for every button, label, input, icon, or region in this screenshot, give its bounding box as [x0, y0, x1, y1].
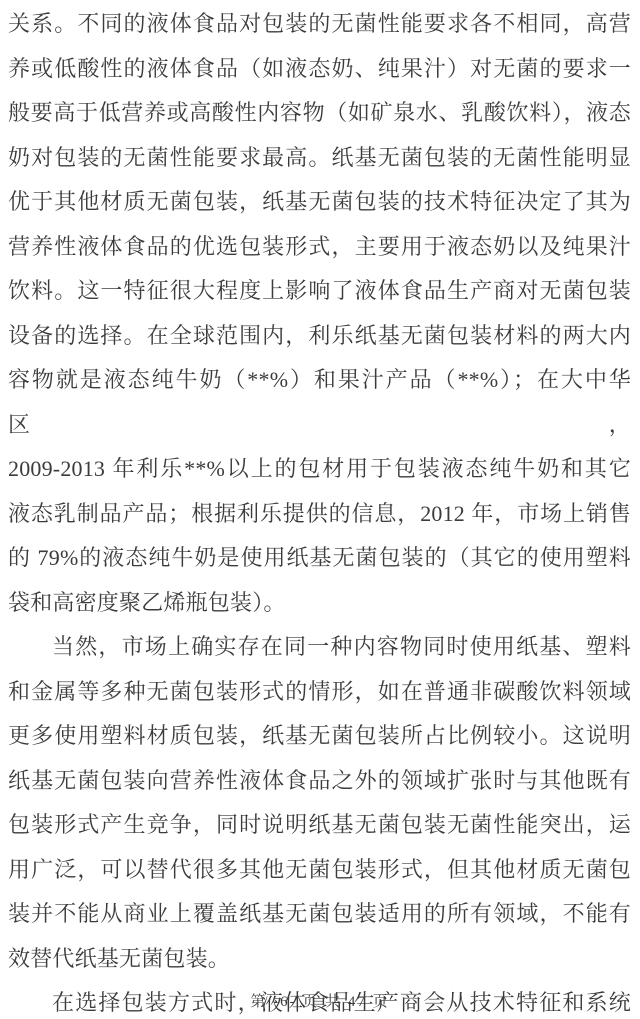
text-line: 容物就是液态纯牛奶（**%）和果汁产品（**%）；在大中华区，: [8, 358, 631, 447]
text-line: 饮料。这一特征很大程度上影响了液体食品生产商对无菌包装: [8, 269, 631, 314]
text-line: 用广泛，可以替代很多其他无菌包装形式，但其他材质无菌包: [8, 848, 631, 893]
text-line: 般要高于低营养或高酸性内容物（如矿泉水、乳酸饮料），液态: [8, 91, 631, 136]
text-line: 的 79%的液态纯牛奶是使用纸基无菌包装的（其它的使用塑料: [8, 536, 631, 581]
text-line: 当然，市场上确实存在同一种内容物同时使用纸基、塑料: [8, 625, 631, 670]
paragraph: 当然，市场上确实存在同一种内容物同时使用纸基、塑料 和金属等多种无菌包装形式的情…: [8, 625, 631, 981]
text-line: 2009-2013 年利乐**%以上的包材用于包装液态纯牛奶和其它: [8, 447, 631, 492]
text-line: 装并不能从商业上覆盖纸基无菌包装适用的所有领域，不能有: [8, 892, 631, 937]
text-line: 效替代纸基无菌包装。: [8, 937, 631, 982]
text-line: 设备的选择。在全球范围内，利乐纸基无菌包装材料的两大内: [8, 314, 631, 359]
text-line: 奶对包装的无菌性能要求最高。纸基无菌包装的无菌性能明显: [8, 136, 631, 181]
text-line: 纸基无菌包装向营养性液体食品之外的领域扩张时与其他既有: [8, 759, 631, 804]
text-line: 包装形式产生竞争，同时说明纸基无菌包装无菌性能突出，运: [8, 803, 631, 848]
text-line: 液态乳制品产品；根据利乐提供的信息，2012 年，市场上销售: [8, 492, 631, 537]
page-footer: 第 -6- 页 共 47 页: [0, 990, 640, 1011]
text-line: 营养性液体食品的优选包装形式，主要用于液态奶以及纯果汁: [8, 225, 631, 270]
text-line: 袋和高密度聚乙烯瓶包装）。: [8, 581, 631, 626]
text-line: 关系。不同的液体食品对包装的无菌性能要求各不相同，高营: [8, 2, 631, 47]
document-body: 关系。不同的液体食品对包装的无菌性能要求各不相同，高营 养或低酸性的液体食品（如…: [8, 2, 631, 1019]
text-line: 更多使用塑料材质包装，纸基无菌包装所占比例较小。这说明: [8, 714, 631, 759]
text-line: 和金属等多种无菌包装形式的情形，如在普通非碳酸饮料领域: [8, 670, 631, 715]
paragraph: 关系。不同的液体食品对包装的无菌性能要求各不相同，高营 养或低酸性的液体食品（如…: [8, 2, 631, 625]
document-page: 关系。不同的液体食品对包装的无菌性能要求各不相同，高营 养或低酸性的液体食品（如…: [0, 0, 640, 1019]
text-line: 优于其他材质无菌包装，纸基无菌包装的技术特征决定了其为: [8, 180, 631, 225]
text-line: 养或低酸性的液体食品（如液态奶、纯果汁）对无菌的要求一: [8, 47, 631, 92]
